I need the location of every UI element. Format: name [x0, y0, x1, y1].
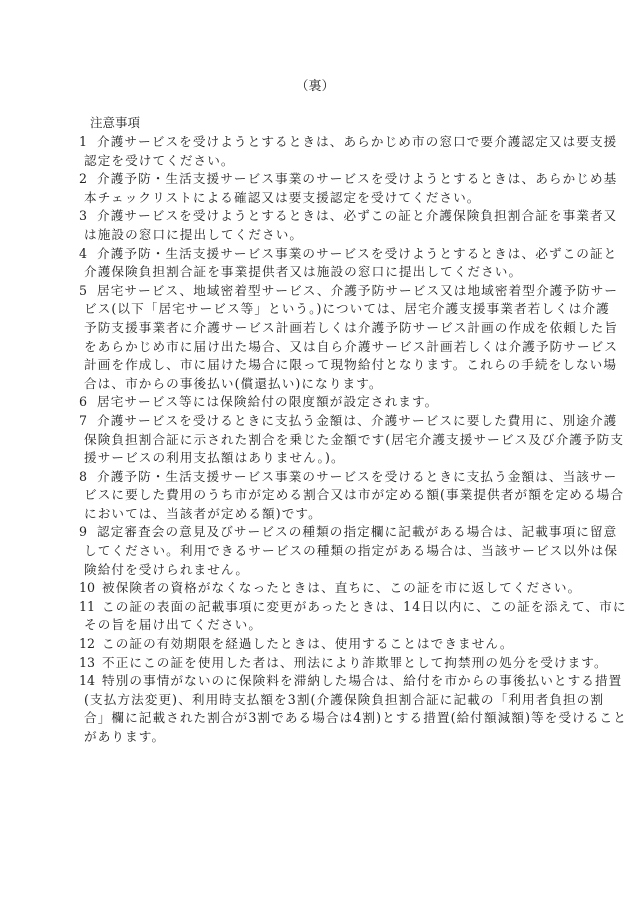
notice-item-line: 1介護サービスを受けようとするときは、あらかじめ市の窓口で要介護認定又は要支援 [79, 133, 549, 152]
notes-list: 1介護サービスを受けようとするときは、あらかじめ市の窓口で要介護認定又は要支援認… [79, 133, 549, 747]
notice-item-line: 援サービスの利用支払額はありません。)。 [79, 449, 549, 468]
item-text: 介護予防・生活支援サービス事業のサービスを受けようとするときは、必ずこの証と [97, 245, 617, 264]
notice-item-line: 9認定審査会の意見及びサービスの種類の指定欄に記載がある場合は、記載事項に留意 [79, 523, 549, 542]
item-text: があります。 [84, 728, 165, 747]
item-number: 6 [79, 393, 87, 412]
notice-item-line: 11この証の表面の記載事項に変更があったときは、14日以内に、この証を添えて、市… [79, 598, 549, 617]
item-text: この証の表面の記載事項に変更があったときは、14日以内に、この証を添えて、市に [102, 598, 627, 617]
item-text: 認定審査会の意見及びサービスの種類の指定欄に記載がある場合は、記載事項に留意 [97, 523, 617, 542]
notice-item-line: 6居宅サービス等には保険給付の限度額が設定されます。 [79, 393, 549, 412]
notice-item-line: においては、当該者が定める額)です。 [79, 505, 549, 524]
notice-item-line: 4介護予防・生活支援サービス事業のサービスを受けようとするときは、必ずこの証と [79, 245, 549, 264]
page-title: （裏） [0, 78, 630, 96]
notice-item-line: 5居宅サービス、地域密着型サービス、介護予防サービス又は地域密着型介護予防サー [79, 282, 549, 301]
item-number: 9 [79, 523, 87, 542]
item-text: 介護予防・生活支援サービス事業のサービスを受けるときに支払う金額は、当該サー [97, 468, 617, 487]
item-text: 居宅サービス等には保険給付の限度額が設定されます。 [97, 393, 438, 412]
notice-item-line: 3介護サービスを受けようとするときは、必ずこの証と介護保険負担割合証を事業者又 [79, 207, 549, 226]
notice-item-line: してください。利用できるサービスの種類の指定がある場合は、当該サービス以外は保 [79, 542, 549, 561]
notice-item-line: (支払方法変更)、利用時支払額を3割(介護保険負担割合証に記載の「利用者負担の割 [79, 691, 549, 710]
item-number: 11 [79, 598, 95, 617]
item-text: 被保険者の資格がなくなったときは、直ちに、この証を市に返してください。 [102, 579, 581, 598]
item-text: をあらかじめ市に届け出た場合、又は自ら介護サービス計画若しくは介護予防サービス [84, 338, 618, 357]
item-text: 介護予防・生活支援サービス事業のサービスを受けようとするときは、あらかじめ基 [97, 170, 617, 189]
item-number: 2 [79, 170, 87, 189]
item-text: その旨を届け出てください。 [84, 616, 262, 635]
item-number: 8 [79, 468, 87, 487]
notice-item-line: 合」欄に記載された割合が3割である場合は4割)とする措置(給付額減額)等を受ける… [79, 709, 549, 728]
notice-item-line: 12この証の有効期限を経過したときは、使用することはできません。 [79, 635, 549, 654]
notice-item-line: 7介護サービスを受けるときに支払う金額は、介護サービスに要した費用に、別途介護 [79, 412, 549, 431]
notice-item-line: その旨を届け出てください。 [79, 616, 549, 635]
item-text: 険給付を受けられません。 [84, 561, 249, 580]
item-number: 1 [79, 133, 87, 152]
notice-item-line: をあらかじめ市に届け出た場合、又は自ら介護サービス計画若しくは介護予防サービス [79, 338, 549, 357]
item-text: 居宅サービス、地域密着型サービス、介護予防サービス又は地域密着型介護予防サー [97, 282, 618, 301]
item-text: 不正にこの証を使用した者は、刑法により詐欺罪として拘禁刑の処分を受けます。 [102, 654, 608, 673]
item-number: 4 [79, 245, 87, 264]
item-number: 3 [79, 207, 87, 226]
notice-item-line: ビスに要した費用のうち市が定める割合又は市が定める額(事業提供者が額を定める場合 [79, 486, 549, 505]
item-text: 介護サービスを受けるときに支払う金額は、介護サービスに要した費用に、別途介護 [97, 412, 617, 431]
notice-item-line: 合は、市からの事後払い(償還払い)になります。 [79, 375, 549, 394]
notice-item-line: 10被保険者の資格がなくなったときは、直ちに、この証を市に返してください。 [79, 579, 549, 598]
item-text: 特別の事情がないのに保険料を滞納した場合は、給付を市からの事後払いとする措置 [102, 672, 622, 691]
document-page: （裏） 注意事項 1介護サービスを受けようとするときは、あらかじめ市の窓口で要介… [0, 0, 630, 903]
notice-item-line: 介護保険負担割合証を事業提供者又は施設の窓口に提出してください。 [79, 263, 549, 282]
item-text: 介護保険負担割合証を事業提供者又は施設の窓口に提出してください。 [84, 263, 522, 282]
notice-item-line: 保険負担割合証に示された割合を乗じた金額です(居宅介護支援サービス及び介護予防支 [79, 431, 549, 450]
item-number: 14 [79, 672, 95, 691]
item-text: ビス(以下「居宅サービス等」という。)については、居宅介護支援事業者若しくは介護 [84, 300, 610, 319]
item-text: 本チェックリストによる確認又は要支援認定を受けてください。 [84, 189, 481, 208]
notice-item-line: 予防支援事業者に介護サービス計画若しくは介護予防サービス計画の作成を依頼した旨 [79, 319, 549, 338]
notice-item-line: 本チェックリストによる確認又は要支援認定を受けてください。 [79, 189, 549, 208]
notice-item-line: 14特別の事情がないのに保険料を滞納した場合は、給付を市からの事後払いとする措置 [79, 672, 549, 691]
item-number: 10 [79, 579, 95, 598]
item-text: この証の有効期限を経過したときは、使用することはできません。 [102, 635, 514, 654]
notice-item-line: 13不正にこの証を使用した者は、刑法により詐欺罪として拘禁刑の処分を受けます。 [79, 654, 549, 673]
notice-item-line: 8介護予防・生活支援サービス事業のサービスを受けるときに支払う金額は、当該サー [79, 468, 549, 487]
item-text: 合は、市からの事後払い(償還払い)になります。 [84, 375, 383, 394]
item-text: 保険負担割合証に示された割合を乗じた金額です(居宅介護支援サービス及び介護予防支 [84, 431, 624, 450]
item-text: 認定を受けてください。 [84, 152, 235, 171]
item-text: 介護サービスを受けようとするときは、必ずこの証と介護保険負担割合証を事業者又 [97, 207, 617, 226]
notice-item-line: は施設の窓口に提出してください。 [79, 226, 549, 245]
item-text: 予防支援事業者に介護サービス計画若しくは介護予防サービス計画の作成を依頼した旨 [84, 319, 618, 338]
item-text: ビスに要した費用のうち市が定める割合又は市が定める額(事業提供者が額を定める場合 [84, 486, 624, 505]
item-number: 5 [79, 282, 87, 301]
item-text: 援サービスの利用支払額はありません。)。 [84, 449, 345, 468]
item-number: 12 [79, 635, 95, 654]
item-text: 介護サービスを受けようとするときは、あらかじめ市の窓口で要介護認定又は要支援 [97, 133, 617, 152]
notice-item-line: があります。 [79, 728, 549, 747]
item-number: 7 [79, 412, 87, 431]
notice-item-line: 計画を作成し、市に届けた場合に限って現物給付となります。これらの手続をしない場 [79, 356, 549, 375]
notice-item-line: 険給付を受けられません。 [79, 561, 549, 580]
item-text: においては、当該者が定める額)です。 [84, 505, 322, 524]
notice-item-line: 2介護予防・生活支援サービス事業のサービスを受けようとするときは、あらかじめ基 [79, 170, 549, 189]
item-text: してください。利用できるサービスの種類の指定がある場合は、当該サービス以外は保 [84, 542, 618, 561]
item-text: 合」欄に記載された割合が3割である場合は4割)とする措置(給付額減額)等を受ける… [84, 709, 627, 728]
notice-item-line: 認定を受けてください。 [79, 152, 549, 171]
item-text: 計画を作成し、市に届けた場合に限って現物給付となります。これらの手続をしない場 [84, 356, 617, 375]
item-text: (支払方法変更)、利用時支払額を3割(介護保険負担割合証に記載の「利用者負担の割 [84, 691, 604, 710]
item-number: 13 [79, 654, 95, 673]
item-text: は施設の窓口に提出してください。 [84, 226, 303, 245]
notice-item-line: ビス(以下「居宅サービス等」という。)については、居宅介護支援事業者若しくは介護 [79, 300, 549, 319]
notes-heading: 注意事項 [90, 114, 140, 133]
